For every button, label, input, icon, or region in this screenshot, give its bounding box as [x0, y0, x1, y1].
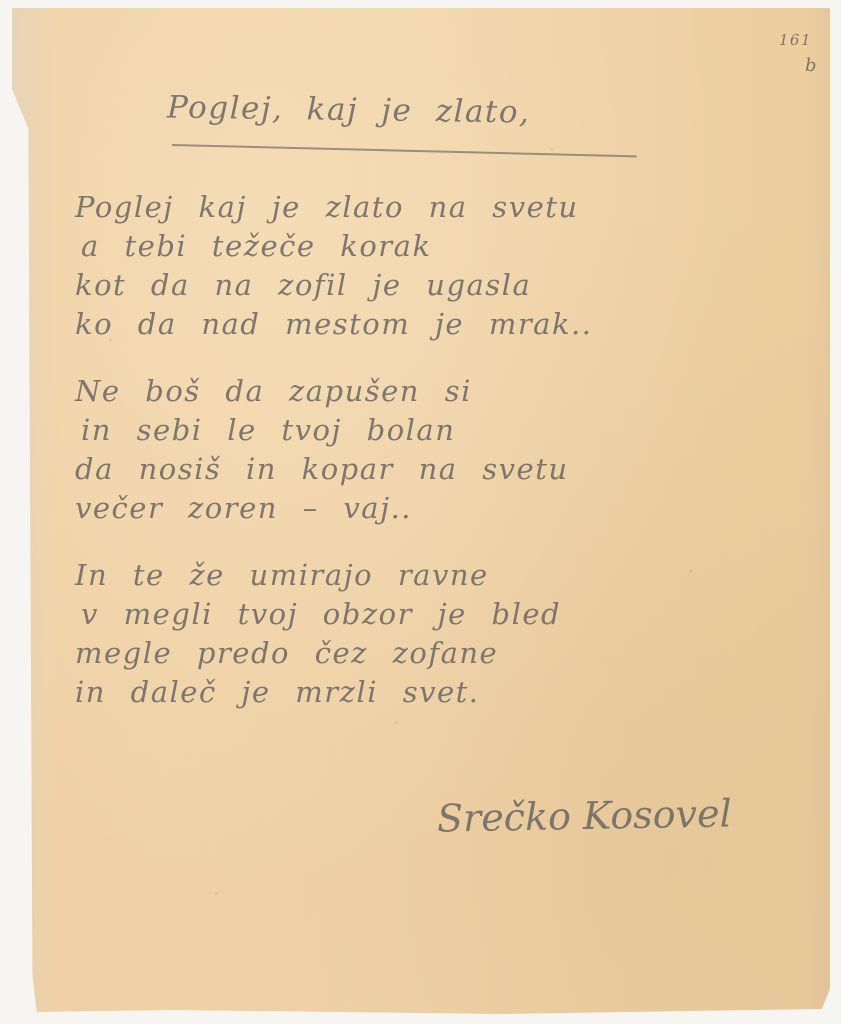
- stanza-3: In te že umirajo ravne v megli tvoj obzo…: [75, 556, 755, 712]
- poem-line: In te že umirajo ravne: [75, 556, 755, 595]
- author-signature: Srečko Kosovel: [437, 791, 732, 840]
- poem-line: Ne boš da zapušen si: [75, 372, 755, 411]
- poem-line: a tebi težeče korak: [75, 227, 755, 266]
- poem-line: v megli tvoj obzor je bled: [75, 595, 755, 634]
- poem-line: Poglej kaj je zlato na svetu: [75, 188, 755, 227]
- poem-title: Poglej, kaj je zlato,: [167, 89, 531, 130]
- folio-annotation: 161 b: [779, 30, 812, 76]
- title-underline: [172, 144, 637, 157]
- poem-line: in sebi le tvoj bolan: [75, 411, 755, 450]
- folio-mark: b: [779, 56, 818, 76]
- poem-line: in daleč je mrzli svet.: [75, 673, 755, 712]
- stanza-1: Poglej kaj je zlato na svetu a tebi teže…: [75, 188, 755, 344]
- manuscript-sheet: 161 b Poglej, kaj je zlato, Poglej kaj j…: [12, 8, 830, 1014]
- scanned-page: 161 b Poglej, kaj je zlato, Poglej kaj j…: [0, 0, 841, 1024]
- folio-number: 161: [779, 31, 812, 49]
- poem-line: kot da na zofil je ugasla: [75, 266, 755, 305]
- stanza-2: Ne boš da zapušen si in sebi le tvoj bol…: [75, 372, 755, 528]
- poem-line: ko da nad mestom je mrak..: [75, 305, 755, 344]
- poem-line: da nosiš in kopar na svetu: [75, 450, 755, 489]
- poem-body: Poglej kaj je zlato na svetu a tebi teže…: [75, 188, 755, 740]
- poem-line: večer zoren – vaj..: [75, 489, 755, 528]
- poem-line: megle predo čez zofane: [75, 634, 755, 673]
